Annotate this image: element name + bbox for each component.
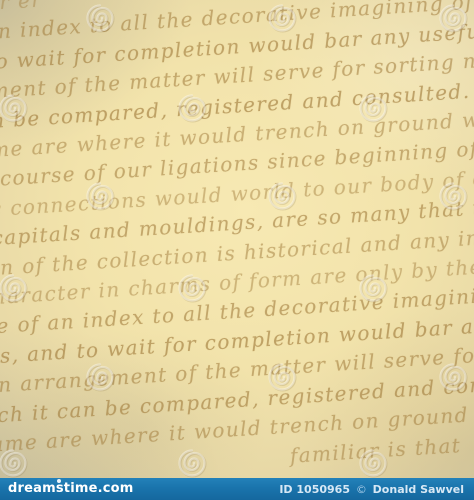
dreamstime-logo-dot-icon [57, 479, 61, 483]
stock-photo-preview: ara-ter erg of an index to all the decor… [0, 0, 474, 500]
handwriting-layer: ara-ter erg of an index to all the decor… [0, 0, 474, 491]
copyright-icon: © [354, 483, 369, 496]
dreamstime-logo: dreamstime.com [8, 478, 134, 500]
photographer-name: Donald Sawvel [373, 483, 464, 496]
image-id: ID 1050965 [279, 483, 350, 496]
dreamstime-footer-bar: dreamstime.com ID 1050965 © Donald Sawve… [0, 478, 474, 500]
dreamstime-logo-text: dreamstime.com [8, 481, 134, 496]
image-credit: ID 1050965 © Donald Sawvel [279, 483, 464, 496]
